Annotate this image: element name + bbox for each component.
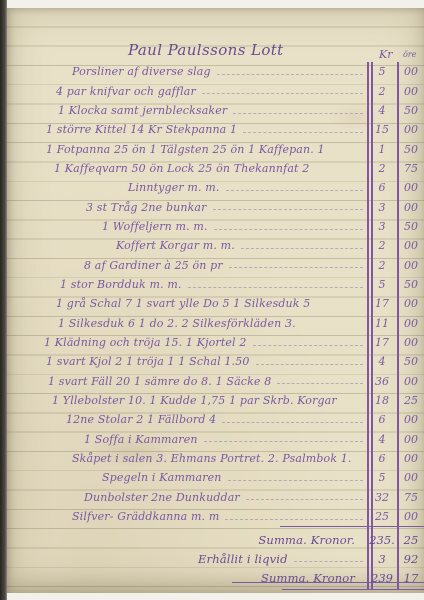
amount-kr: 32 <box>367 485 397 504</box>
amount-kr: 235. <box>367 528 397 547</box>
item-description: Koffert Korgar m. m. <box>7 240 235 253</box>
item-description: Spegeln i Kammaren <box>7 472 222 485</box>
amount-ore: 00 <box>398 79 424 98</box>
amount-kr: 4 <box>367 99 397 118</box>
leader-line <box>243 132 363 133</box>
leader-line <box>202 93 363 94</box>
amount-kr: 3 <box>367 195 397 214</box>
amount-ore: 00 <box>398 447 424 466</box>
amount-ore: 00 <box>398 195 424 214</box>
leader-line <box>213 209 363 210</box>
amount-kr: 18 <box>367 389 397 408</box>
item-description: 8 af Gardiner à 25 ön pr <box>7 260 223 273</box>
item-description: 1 stor Bordduk m. m. <box>7 279 182 292</box>
amount-kr: 4 <box>367 350 397 369</box>
amount-ore: 00 <box>398 311 424 330</box>
total-row: Summa. Kronor.235.25 <box>7 528 367 547</box>
leader-line <box>229 267 363 268</box>
amount-ore: 00 <box>398 60 424 79</box>
item-description: 1 Yllebolster 10. 1 Kudde 1,75 1 par Skr… <box>7 395 337 408</box>
amount-kr: 36 <box>367 369 397 388</box>
leader-line <box>188 287 363 288</box>
ledger-row: Koffert Korgar m. m.200 <box>7 234 367 253</box>
amount-kr: 3 <box>367 215 397 234</box>
amount-ore: 00 <box>398 369 424 388</box>
item-description: 12ne Stolar 2 1 Fällbord 4 <box>7 414 216 427</box>
leader-line <box>204 441 363 442</box>
ledger-row: 1 stor Bordduk m. m.550 <box>7 273 367 292</box>
bottom-closing-line <box>282 589 424 590</box>
amount-ore: 00 <box>398 331 424 350</box>
amount-kr: 25 <box>367 505 397 524</box>
item-description: Dunbolster 2ne Dunkuddar <box>7 492 240 505</box>
amount-ore: 50 <box>398 99 424 118</box>
amount-kr: 6 <box>367 176 397 195</box>
amount-ore: 00 <box>398 466 424 485</box>
amount-kr: 11 <box>367 311 397 330</box>
leader-line <box>217 74 363 75</box>
item-description: 1 större Kittel 14 Kr Stekpanna 1 <box>7 124 237 137</box>
item-description: Skåpet i salen 3. Ehmans Portret. 2. Psa… <box>7 453 352 466</box>
amount-ore: 00 <box>398 408 424 427</box>
ledger-row: Porsliner af diverse slag500 <box>7 60 367 79</box>
amount-kr: 239 <box>367 567 397 586</box>
ledger-row: Dunbolster 2ne Dunkuddar3275 <box>7 485 367 504</box>
ledger-row: 1 Klädning och tröja 15. 1 Kjortel 21700 <box>7 331 367 350</box>
leader-line <box>225 519 363 520</box>
ledger-row: Skåpet i salen 3. Ehmans Portret. 2. Psa… <box>7 447 367 466</box>
leader-line <box>294 561 363 562</box>
item-description: 1 Soffa i Kammaren <box>7 434 198 447</box>
item-description: Linntyger m. m. <box>7 182 220 195</box>
ledger-row: Spegeln i Kammaren500 <box>7 466 367 485</box>
item-description: Silfver- Gräddkanna m. m <box>7 511 219 524</box>
total-label: Erhållit i liqvid <box>7 553 288 566</box>
amount-ore: 00 <box>398 427 424 446</box>
amount-kr: 5 <box>367 466 397 485</box>
amount-kr: 17 <box>367 331 397 350</box>
leader-line <box>228 480 364 481</box>
item-description: 4 par knifvar och gafflar <box>7 86 196 99</box>
amount-kr: 6 <box>367 447 397 466</box>
amount-kr: 2 <box>367 234 397 253</box>
amount-kr: 2 <box>367 157 397 176</box>
amount-kr: 2 <box>367 253 397 272</box>
amount-ore: 00 <box>398 253 424 272</box>
ledger-row: 1 svart Kjol 2 1 tröja 1 1 Schal 1.50450 <box>7 350 367 369</box>
ledger-row: 1 Woffeljern m. m.350 <box>7 215 367 234</box>
amount-ore: 50 <box>398 137 424 156</box>
amount-ore: 00 <box>398 234 424 253</box>
amount-ore: 50 <box>398 350 424 369</box>
item-description: 1 grå Schal 7 1 svart ylle Do 5 1 Silkes… <box>7 298 310 311</box>
total-label: Summa. Kronor. <box>258 534 367 547</box>
amount-kr: 3 <box>367 547 397 566</box>
summa-divider-line <box>280 526 424 527</box>
item-description: 1 Klädning och tröja 15. 1 Kjortel 2 <box>7 337 247 350</box>
amount-ore: 50 <box>398 273 424 292</box>
leader-line <box>222 422 363 423</box>
leader-line <box>253 345 363 346</box>
item-description: 1 Klocka samt jernblecksaker <box>7 105 227 118</box>
ledger-row: 1 Kaffeqvarn 50 ön Lock 25 ön Thekannfat… <box>7 157 367 176</box>
leader-line <box>246 499 363 500</box>
ledger-row: 1 Silkesduk 6 1 do 2. 2 Silkesförkläden … <box>7 311 367 330</box>
ledger-row: Linntyger m. m.600 <box>7 176 367 195</box>
currency-header-ore: öre <box>403 50 416 59</box>
amount-ore: 75 <box>398 485 424 504</box>
amount-ore: 75 <box>398 157 424 176</box>
amount-kr: 5 <box>367 273 397 292</box>
leader-line <box>256 364 364 365</box>
amount-ore: 25 <box>398 528 424 547</box>
amount-ore: 00 <box>398 505 424 524</box>
item-description: 1 Fotpanna 25 ön 1 Tälgsten 25 ön 1 Kaff… <box>7 144 325 157</box>
leader-line <box>226 190 363 191</box>
amount-ore: 00 <box>398 292 424 311</box>
ledger-row: 1 Yllebolster 10. 1 Kudde 1,75 1 par Skr… <box>7 389 367 408</box>
ledger-row: 1 Fotpanna 25 ön 1 Tälgsten 25 ön 1 Kaff… <box>7 137 367 156</box>
ledger-row: 1 Klocka samt jernblecksaker450 <box>7 99 367 118</box>
amount-kr: 15 <box>367 118 397 137</box>
item-description: 1 svart Fäll 20 1 sämre do 8. 1 Säcke 8 <box>7 376 271 389</box>
item-description: Porsliner af diverse slag <box>7 66 211 79</box>
amount-ore: 25 <box>398 389 424 408</box>
total-label: Summa. Kronor <box>261 572 367 585</box>
amount-ore: 92 <box>398 547 424 566</box>
leader-line <box>241 248 363 249</box>
amount-ore: 17 <box>398 567 424 586</box>
amount-kr: 5 <box>367 60 397 79</box>
item-description: 3 st Tråg 2ne bunkar <box>7 202 207 215</box>
amount-ore: 00 <box>398 118 424 137</box>
amount-ore: 50 <box>398 215 424 234</box>
ledger-row: Silfver- Gräddkanna m. m2500 <box>7 505 367 524</box>
document-title: Paul Paulssons Lott <box>128 41 284 59</box>
ledger-row: 1 grå Schal 7 1 svart ylle Do 5 1 Silkes… <box>7 292 367 311</box>
scan-edge-left <box>0 0 7 600</box>
ledger-row: 4 par knifvar och gafflar200 <box>7 79 367 98</box>
leader-line <box>277 383 363 384</box>
ledger-row: 8 af Gardiner à 25 ön pr200 <box>7 253 367 272</box>
total-row: Summa. Kronor23917 <box>7 567 367 586</box>
ledger-page: Paul Paulssons Lott Kr öre Porsliner af … <box>7 8 424 593</box>
item-description: 1 Kaffeqvarn 50 ön Lock 25 ön Thekannfat… <box>7 163 309 176</box>
amount-kr: 4 <box>367 427 397 446</box>
amount-kr: 6 <box>367 408 397 427</box>
item-description: 1 Woffeljern m. m. <box>7 221 208 234</box>
amount-kr: 17 <box>367 292 397 311</box>
amount-ore: 00 <box>398 176 424 195</box>
ledger-row: 1 Soffa i Kammaren400 <box>7 427 367 446</box>
leader-line <box>233 113 363 114</box>
ledger-row: 3 st Tråg 2ne bunkar300 <box>7 195 367 214</box>
item-description: 1 Silkesduk 6 1 do 2. 2 Silkesförkläden … <box>7 318 296 331</box>
total-row: Erhållit i liqvid392 <box>7 547 367 566</box>
ledger-row: 1 svart Fäll 20 1 sämre do 8. 1 Säcke 83… <box>7 369 367 388</box>
ledger-row: 1 större Kittel 14 Kr Stekpanna 11500 <box>7 118 367 137</box>
leader-line <box>214 229 363 230</box>
amount-kr: 1 <box>367 137 397 156</box>
item-description: 1 svart Kjol 2 1 tröja 1 1 Schal 1.50 <box>7 356 250 369</box>
ledger-row: 12ne Stolar 2 1 Fällbord 4600 <box>7 408 367 427</box>
amount-kr: 2 <box>367 79 397 98</box>
